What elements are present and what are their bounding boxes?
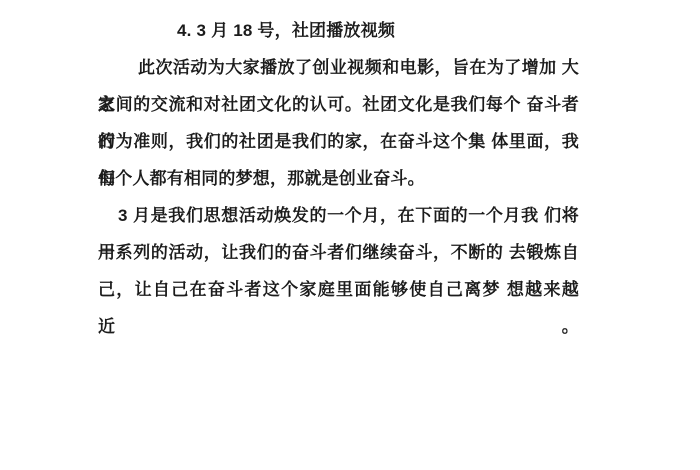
paragraph1-line2: 之间的交流和对社团文化的认可。社团文化是我们每个 奋斗者的: [98, 86, 579, 123]
paragraph2-line1: 3 月是我们思想活动焕发的一个月，在下面的一个月我 们将用: [98, 197, 579, 234]
document-page: 4. 3 月 18 号，社团播放视频 此次活动为大家播放了创业视频和电影，旨在为…: [98, 12, 579, 308]
paragraph2-line3: 己，让自己在奋斗者这个家庭里面能够使自己离梦 想越来越近。: [98, 271, 579, 308]
paragraph1-line1: 此次活动为大家播放了创业视频和电影，旨在为了增加 大家: [98, 49, 579, 86]
paragraph2-line2: 一系列的活动，让我们的奋斗者们继续奋斗，不断的 去锻炼自: [98, 234, 579, 271]
paragraph1-line3: 行为准则，我们的社团是我们的家，在奋斗这个集 体里面，我们: [98, 123, 579, 160]
paragraph1-line4: 每个人都有相同的梦想，那就是创业奋斗。: [98, 160, 579, 197]
document-heading: 4. 3 月 18 号，社团播放视频: [98, 12, 579, 49]
